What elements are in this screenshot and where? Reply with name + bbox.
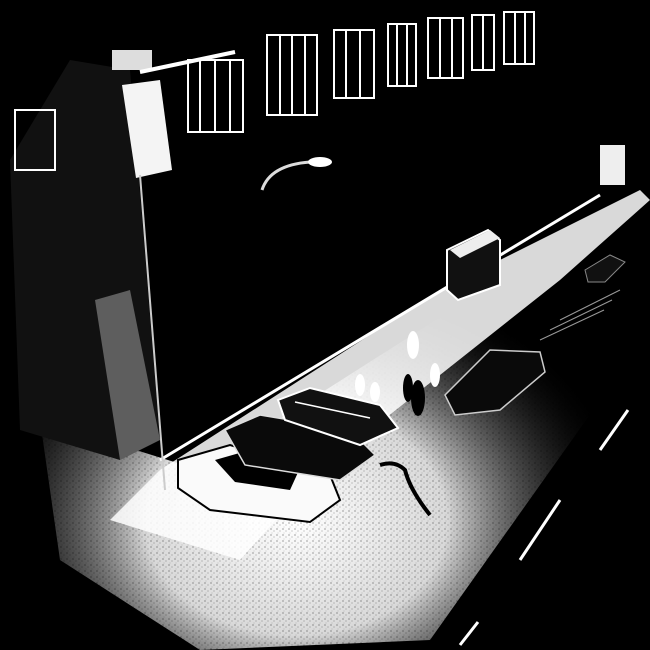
street-night-photo (0, 0, 650, 650)
guard-booth (600, 145, 625, 185)
photo-illustration (0, 0, 650, 650)
